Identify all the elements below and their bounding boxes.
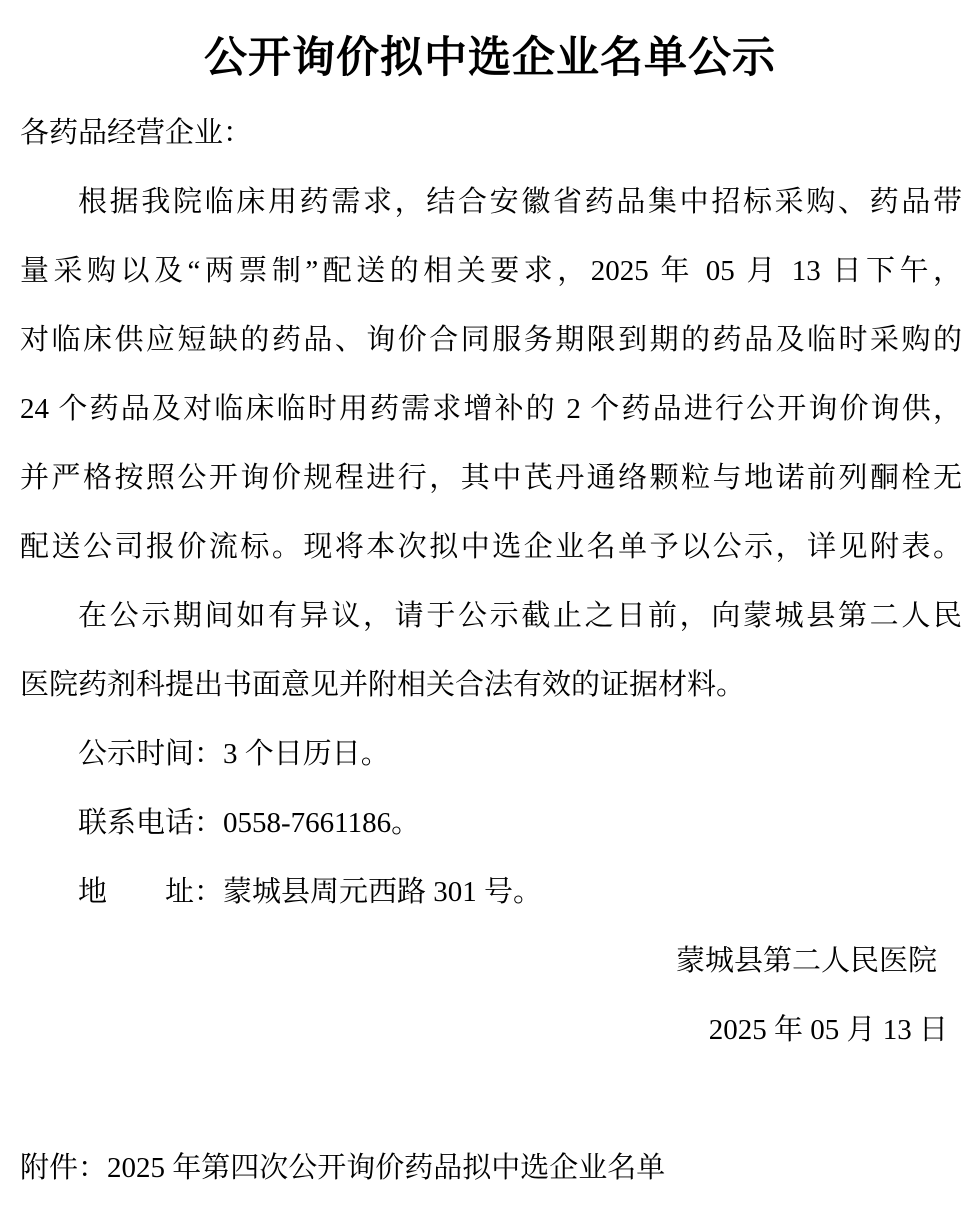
document-body: 各药品经营企业： 根据我院临床用药需求，结合安徽省药品集中招标采购、药品带 量采… <box>0 99 980 1203</box>
signature-organization: 蒙城县第二人民医院 <box>20 927 962 996</box>
paragraph-line: 并严格按照公开询价规程进行，其中芪丹通络颗粒与地诺前列酮栓无 <box>20 444 962 513</box>
paragraph-line: 对临床供应短缺的药品、询价合同服务期限到期的药品及临时采购的 <box>20 306 962 375</box>
document-page: 公开询价拟中选企业名单公示 各药品经营企业： 根据我院临床用药需求，结合安徽省药… <box>0 0 980 1224</box>
paragraph-line: 24 个药品及对临床临时用药需求增补的 2 个药品进行公开询价询供， <box>20 375 962 444</box>
salutation: 各药品经营企业： <box>20 99 962 168</box>
paragraph-procurement: 根据我院临床用药需求，结合安徽省药品集中招标采购、药品带 量采购以及“两票制”配… <box>20 168 962 582</box>
document-title: 公开询价拟中选企业名单公示 <box>0 0 980 88</box>
paragraph-line: 配送公司报价流标。现将本次拟中选企业名单予以公示，详见附表。 <box>20 513 962 582</box>
attachment-title: 附件：2025 年第四次公开询价药品拟中选企业名单 <box>20 1134 962 1203</box>
contact-phone-line: 联系电话：0558-7661186。 <box>20 789 962 858</box>
paragraph-line: 根据我院临床用药需求，结合安徽省药品集中招标采购、药品带 <box>20 168 962 237</box>
blank-line <box>20 1065 962 1134</box>
paragraph-objection: 在公示期间如有异议，请于公示截止之日前，向蒙城县第二人民 医院药剂科提出书面意见… <box>20 582 962 720</box>
paragraph-line: 医院药剂科提出书面意见并附相关合法有效的证据材料。 <box>20 651 962 720</box>
notice-period-line: 公示时间：3 个日历日。 <box>20 720 962 789</box>
address-line: 地 址：蒙城县周元西路 301 号。 <box>20 858 962 927</box>
paragraph-line: 在公示期间如有异议，请于公示截止之日前，向蒙城县第二人民 <box>20 582 962 651</box>
paragraph-line: 量采购以及“两票制”配送的相关要求，2025 年 05 月 13 日下午， <box>20 237 962 306</box>
signature-date: 2025 年 05 月 13 日 <box>20 996 962 1065</box>
